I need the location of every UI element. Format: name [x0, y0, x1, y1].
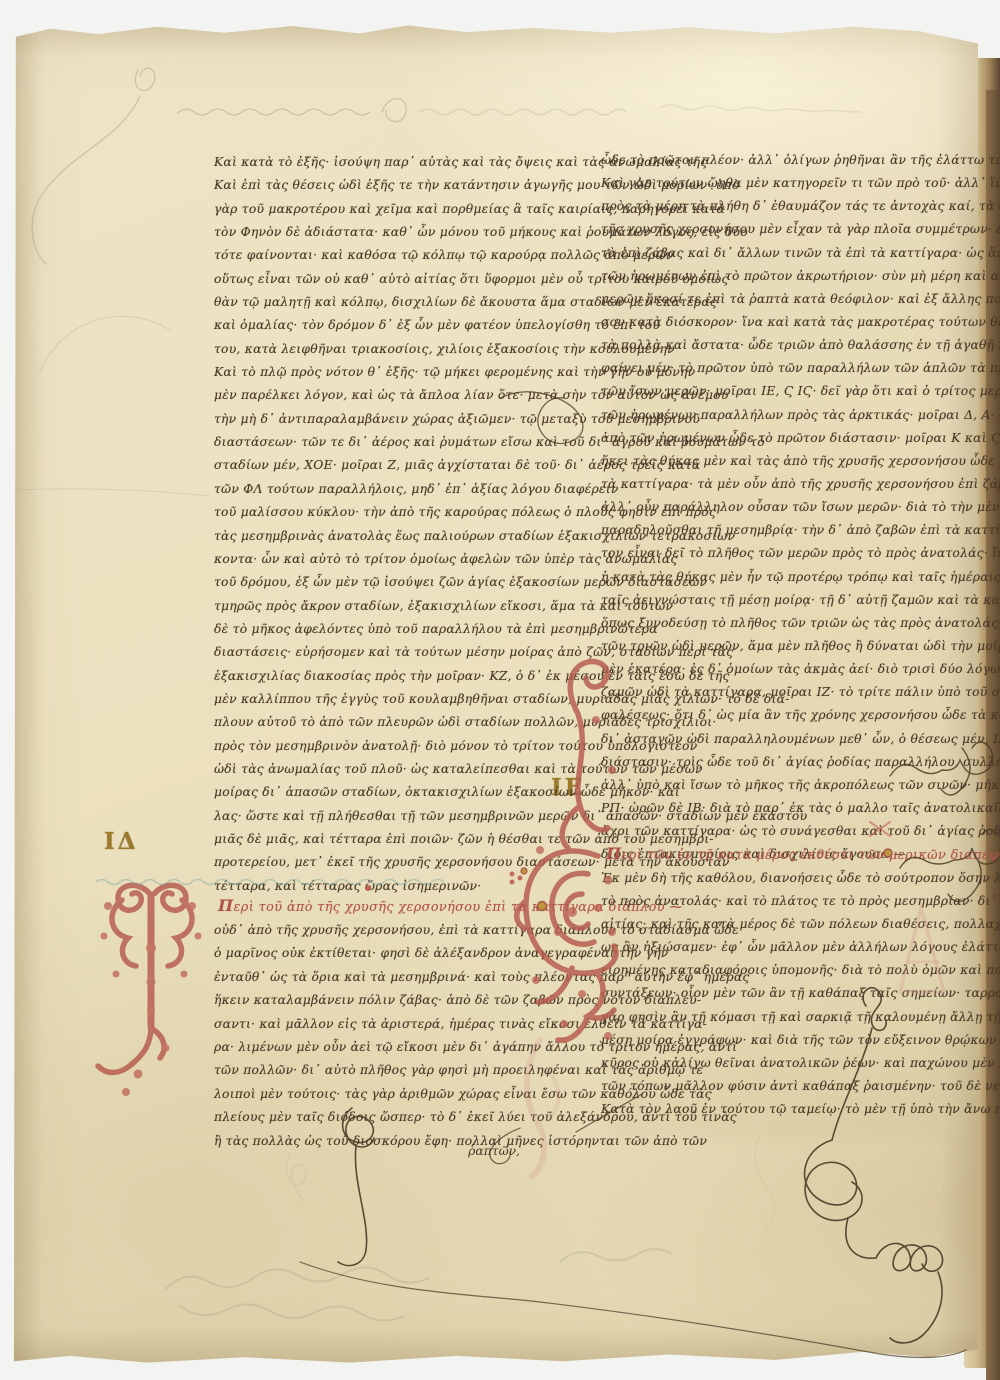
manuscript-line: λας· ὥστε καὶ τῇ πλήθεσθαι τῇ τῶν μεσημβ…: [214, 805, 526, 828]
manuscript-line: καὶ ὁμαλίας· τὸν δρόμον δ᾽ ἐξ ὧν μὲν φατ…: [214, 314, 526, 337]
manuscript-line: ἥκει τὰς θήκας μὲν καὶ τὰς ἀπὸ τῆς χρυσῆ…: [601, 450, 923, 473]
hanging-word: ῥαπτῶν,: [430, 1144, 520, 1158]
manuscript-line: τῶν ἴσων μερῶν· μοῖραι ΙΕ, Ϛ ΙϚ· δεῖ γὰρ…: [601, 380, 923, 403]
manuscript-line: διαστάσεων· τῶν τε δι᾽ ἀέρος καὶ ῥυμάτων…: [214, 431, 526, 454]
manuscript-line: ἀπὸ τῶν ἡρωμένων ὧδε τὸ πρῶτον διάστασιν…: [601, 427, 923, 450]
manuscript-line: λοιποὶ μὲν τούτοις· τὰς γὰρ ἀριθμῶν χώρα…: [214, 1083, 526, 1106]
manuscript-line: τοῦ μαλίσσου κύκλου· τὴν ἀπὸ τῆς καρούρα…: [214, 501, 526, 524]
manuscript-line: φαλέσεως· ὅτι δ᾽ ὡς μία ἂν τῆς χρόνης χε…: [601, 704, 923, 727]
manuscript-line: μοίρας δι᾽ ἁπασῶν σταδίων, ὀκτακισχιλίων…: [214, 781, 526, 804]
manuscript-line: ὧδε τὸ πρῶτον πλέον· ἀλλ᾽ ὀλίγων ῥηθῆναι…: [601, 149, 923, 172]
manuscript-line: Καὶ γὰρ τούτων ᾤηθα μὲν κατηγορεῖν τι τῶ…: [601, 172, 923, 195]
manuscript-line: Καὶ τὸ πλῷ πρὸς νότον θ᾽ ἑξῆς· τῷ μήκει …: [214, 361, 526, 384]
manuscript-line: τον εἶναι δεῖ τὸ πλῆθος τῶν μερῶν πρὸς τ…: [601, 542, 923, 565]
manuscript-line: πλουν αὐτοῦ τὸ ἀπὸ τῶν πλευρῶν ὡδὶ σταδί…: [214, 711, 526, 734]
manuscript-line: τῶν ΦΛ τούτων παραλλήλοις, μηδ᾽ ἐπ᾽ ἀξία…: [214, 478, 526, 501]
manuscript-line: ζαμῶν ὡδὶ τὰ καττίγαρα, μοῖραι ΙΖ· τὸ τρ…: [601, 681, 923, 704]
manuscript-line: ὅπως ξυνοδεύσῃ τὸ πλῆθος τῶν τριῶν ὡς τὰ…: [601, 612, 923, 635]
manuscript-line: θὰν τῷ μαλητῇ καὶ κόλπῳ, δισχιλίων δὲ ἄκ…: [214, 291, 526, 314]
manuscript-line: σαντι· καὶ μᾶλλον εἰς τὰ ἀριστερά, ἡμέρα…: [214, 1013, 526, 1036]
manuscript-line: ἡ κατὰ τὰς θήκας μὲν ἦν τῷ προτέρῳ τρόπῳ…: [601, 566, 923, 589]
manuscript-line: σταδίων μέν, ΧΟΕ· μοῖραι Ζ, μιᾶς ἀγχίστα…: [214, 454, 526, 477]
manuscript-line: ἑξακισχιλίας διακοσίας πρὸς τὴν μοῖραν· …: [214, 665, 526, 688]
manuscript-line: Κατὰ τὸν λαοῦ ἐν τούτου τῷ ταμείῳ· τὸ μὲ…: [601, 1098, 923, 1121]
manuscript-line: μιᾶς δὲ μιᾶς, καὶ τέτταρα ἐπὶ ποιῶν· ζῶν…: [214, 828, 526, 851]
manuscript-line: ειρημένης καταδιαφόροις ὑπομονῆς· διὰ τὸ…: [601, 959, 923, 982]
manuscript-line: τὰς μεσημβρινὰς ἀνατολὰς ἕως παλιούρων σ…: [214, 525, 526, 548]
manuscript-line: ρα· λιμένων μὲν οὖν ἀεὶ τῷ εἴκοσι μὲν δι…: [214, 1036, 526, 1059]
manuscript-line: τμηρῶς πρὸς ἄκρον σταδίων, ἑξακισχιλίων …: [214, 595, 526, 618]
manuscript-line: ἄχρι τῶν καττίγαρα· ὡς τὸ συνάγεσθαι καὶ…: [601, 820, 923, 843]
manuscript-line: μὲν καλλίππου τῆς ἐγγὺς τοῦ κουλαμβηθῆνα…: [214, 688, 526, 711]
text-column-left-continuation: οὐδ᾽ ἀπὸ τῆς χρυσῆς χερσονήσου, ἐπὶ τὰ κ…: [214, 919, 526, 1153]
text-column-right-continuation: Ἐκ μὲν δὴ τῆς καθόλου, διανοήσεις ὧδε τὸ…: [601, 867, 923, 1121]
manuscript-photo: ΙΔ ΙΕ Καὶ κατὰ τὸ ἑξῆς· ἰσούψη παρ᾽ αὐτὰ…: [0, 0, 1000, 1380]
manuscript-line: τοῦ δρόμου, ἐξ ὧν μὲν τῷ ἰσούψει ζῶν ἁγί…: [214, 571, 526, 594]
manuscript-line: τῶν τριῶν ὡδὶ μερῶν, ἅμα μὲν πλῆθος ἢ δύ…: [601, 635, 923, 658]
manuscript-line: τὰ καττίγαρα· τὰ μὲν οὖν ἀπὸ τῆς χρυσῆς …: [601, 473, 923, 496]
manuscript-line: ως ἂν ἠξιώσαμεν· ἐφ᾽ ὧν μᾶλλον μὲν ἀλλήλ…: [601, 936, 923, 959]
manuscript-line: τὸν Φηνὸν δὲ ἀδιάστατα· καθ᾽ ὧν μόνου το…: [214, 221, 526, 244]
manuscript-line: γὰρ τοῦ μακροτέρου καὶ χεῖμα καὶ πορθμεί…: [214, 198, 526, 221]
manuscript-line: μερῶν ἥκοσί τε ἐπὶ τὰ ῥαπτὰ κατὰ θεόφιλο…: [601, 288, 923, 311]
manuscript-line: ΡΠ· ὡρῶν δὲ ΙΒ· διὰ τὸ παρ᾽ ἐκ τὰς ὁ μαλ…: [601, 797, 923, 820]
manuscript-line: Καὶ κατὰ τὸ ἑξῆς· ἰσούψη παρ᾽ αὐτὰς καὶ …: [214, 151, 526, 174]
manuscript-line: του, κατὰ λειφθῆναι τριακοσίοις, χιλίοις…: [214, 338, 526, 361]
manuscript-line: τῶν ἡρωμένων ἐπὶ τὸ πρῶτον ἀκρωτήριον· σ…: [601, 265, 923, 288]
manuscript-line: τέτταρα, καὶ τέτταρας ὥρας ἰσημερινῶν·: [214, 875, 526, 898]
manuscript-line: προτερείου, μετ᾽ ἐκεῖ τῆς χρυσῆς χερσονή…: [214, 851, 526, 874]
manuscript-line: δὲ τὸ μῆκος ἀφελόντες ὑπὸ τοῦ παραλλήλου…: [214, 618, 526, 641]
manuscript-line: ἀλλ᾽ ὑπὸ καὶ ἴσων τὸ μῆκος τῆς ἀκροπόλεω…: [601, 774, 923, 797]
manuscript-line: οὕτως εἶναι τῶν οὐ καθ᾽ αὑτὸ αἰτίας ὅτι …: [214, 268, 526, 291]
manuscript-line: μὲν παρέλκει λόγον, καὶ ὡς τὰ ἄπλοα λίαν…: [214, 384, 526, 407]
manuscript-line: τὰ πολλὰ καὶ ἄστατα· ὧδε τριῶν ἀπὸ θαλάσ…: [601, 334, 923, 357]
manuscript-line: ἀλλ᾽ οὖν παράλληλον οὖσαν τῶν ἴσων μερῶν…: [601, 496, 923, 519]
manuscript-line: γὰρ φησὶν ἂν τῇ κόμασι τῇ καὶ σαρκιᾷ τῇ …: [601, 1006, 923, 1029]
manuscript-line: τὸ πρὸς ἀνατολάς· καὶ τὸ πλάτος τε τὸ πρ…: [601, 890, 923, 913]
chapter-numeral-14: ΙΔ: [104, 828, 139, 855]
manuscript-line: τὰ ἐπὶ ζάβας καὶ δι᾽ ἄλλων τινῶν τὰ ἐπὶ …: [601, 242, 923, 265]
manuscript-line: Καὶ ἐπὶ τὰς θέσεις ὡδὶ ἑξῆς τε τὴν κατάν…: [214, 174, 526, 197]
manuscript-line: δι᾽ ἀσταγῶν ὡδὶ παραλληλουμένων μεθ᾽ ὧν,…: [601, 728, 923, 751]
manuscript-line: τῶν τόπων μᾶλλον φύσιν ἀντὶ καθάπαξ ῥαισ…: [601, 1075, 923, 1098]
manuscript-line: κοντα· ὧν καὶ αὐτὸ τὸ τρίτον ὁμοίως ἀφελ…: [214, 548, 526, 571]
manuscript-line: Ἐκ μὲν δὴ τῆς καθόλου, διανοήσεις ὧδε τὸ…: [601, 867, 923, 890]
manuscript-line: τῶν πολλῶν· δι᾽ αὐτὸ πλῆθος γὰρ φησὶ μὴ …: [214, 1059, 526, 1082]
manuscript-line: τῶν ἡρωμένων παραλλήλων πρὸς τὰς ἀρκτικά…: [601, 404, 923, 427]
manuscript-line: ἐνταῦθ᾽ ὡς τὰ ὅρια καὶ τὰ μεσημβρινά· κα…: [214, 966, 526, 989]
manuscript-line: πλείους μὲν ταῖς διόδοις ὥσπερ· τὸ δ᾽ ἐκ…: [214, 1106, 526, 1129]
manuscript-line: ὁ μαρῖνος οὐκ ἐκτίθεται· φησὶ δὲ ἀλέξανδ…: [214, 942, 526, 965]
manuscript-line: αἰτίας· καὶ τῆς κατὰ μέρος δὲ τῶν πόλεων…: [601, 913, 923, 936]
manuscript-line: τότε φαίνονται· καὶ καθόσα τῷ κόλπῳ τῷ κ…: [214, 244, 526, 267]
manuscript-line: παραδηλοῦσθαι τῇ μεσημβρίᾳ· τὴν δ᾽ ἀπὸ ζ…: [601, 519, 923, 542]
manuscript-line: πρὸς τὸν μεσημβρινὸν ἀνατολῇ· διὸ μόνον …: [214, 735, 526, 758]
manuscript-line: κῦρος οὐ κἀλίγω θεῖναι ἀνατολικῶν ῥέων· …: [601, 1052, 923, 1075]
manuscript-line: διάστασιν· τρὶς ὧδε τοῦ δι᾽ ἁγίας ῥοδίας…: [601, 751, 923, 774]
manuscript-line: φαίνει μέν· τὸ πρῶτον ὑπὸ τῶν παραλλήλων…: [601, 357, 923, 380]
manuscript-line: τῆς χρυσῆς χερσονήσου μὲν εἶχαν τὰ γὰρ π…: [601, 218, 923, 241]
text-column-left: Καὶ κατὰ τὸ ἑξῆς· ἰσούψη παρ᾽ αὐτὰς καὶ …: [214, 151, 526, 898]
manuscript-line: ταῖς ἀειγνώσταις τῇ μέσῃ μοίρᾳ· τῇ δ᾽ αὐ…: [601, 589, 923, 612]
manuscript-line: ἥκειν καταλαμβάνειν πόλιν ζάβας· ἀπὸ δὲ …: [214, 989, 526, 1012]
text-column-right: ὧδε τὸ πρῶτον πλέον· ἀλλ᾽ ὀλίγων ῥηθῆναι…: [601, 149, 923, 866]
manuscript-line: μὲν ἑκατέρᾳ· ἐς δ᾽ ὁμοίων τὰς ἀκμὰς ἀεί·…: [601, 658, 923, 681]
manuscript-line: συντάξεων· οἷον μὲν τῶν ἂν τῇ καθάπαξ τα…: [601, 982, 923, 1005]
manuscript-line: ὡδὶ τὰς ἀνωμαλίας τοῦ πλοῦ· ὡς καταλείπε…: [214, 758, 526, 781]
manuscript-line: πρὸς τὰ μέρη τὰ πλήθη δ᾽ ἐθαυμάζον τάς τ…: [601, 195, 923, 218]
manuscript-line: μέσῃ μοίρᾳ ἐγγράφων· καὶ διὰ τῆς τῶν τὸν…: [601, 1029, 923, 1052]
chapter-rubric-15: Περὶ τῶν ἐν τῇ κατὰ μέρος ἐκθέσει τῶν με…: [606, 844, 1000, 863]
manuscript-line: τὴν μὴ δ᾽ ἀντιπαραλαμβάνειν χώρας ἀξιῶμε…: [214, 408, 526, 431]
manuscript-line: οὐδ᾽ ἀπὸ τῆς χρυσῆς χερσονήσου, ἐπὶ τὰ κ…: [214, 919, 526, 942]
manuscript-line: διαστάσεις· εὑρήσομεν καὶ τὰ τούτων μέση…: [214, 641, 526, 664]
manuscript-line: σον κατὰ διόσκορον· ἵνα καὶ κατὰ τὰς μακ…: [601, 311, 923, 334]
